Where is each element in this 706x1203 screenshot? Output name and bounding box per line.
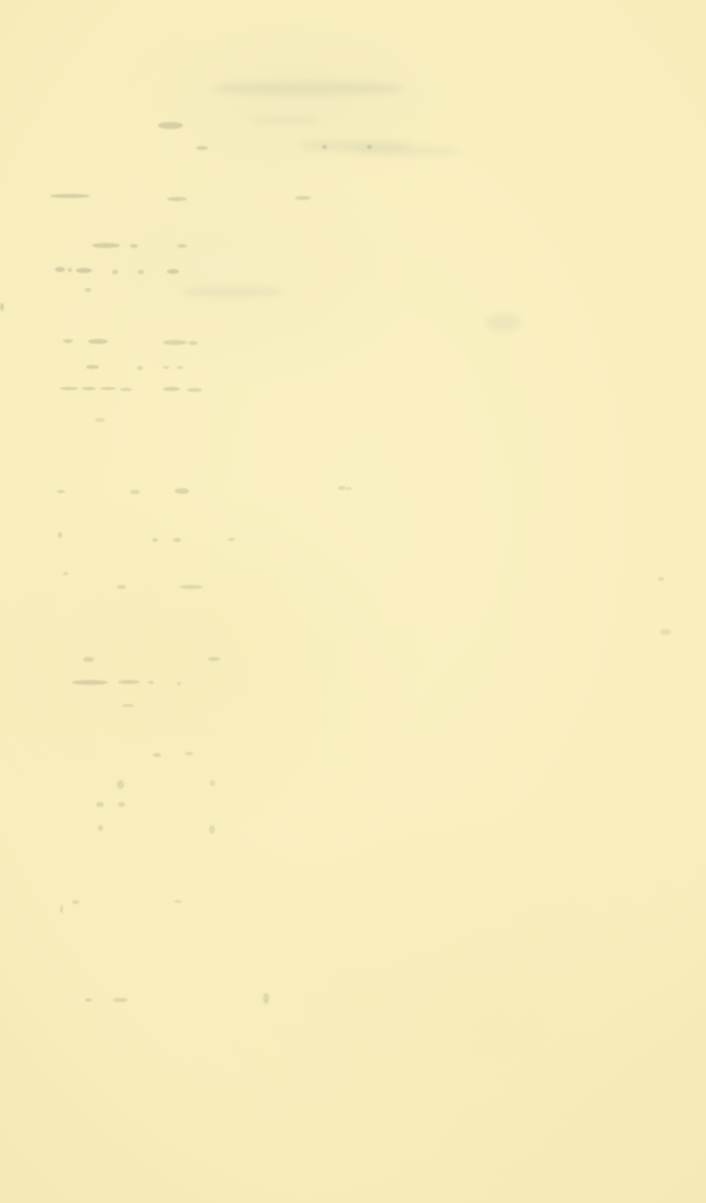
- ghost-mark: [658, 577, 664, 581]
- ghost-mark: [210, 780, 215, 786]
- ghost-mark: [130, 244, 138, 248]
- ghost-mark: [153, 753, 161, 757]
- ghost-mark: [120, 388, 132, 391]
- ghost-mark: [208, 657, 220, 661]
- ghost-mark: [322, 145, 327, 149]
- ghost-band: [183, 287, 283, 296]
- ghost-mark: [76, 268, 92, 273]
- ghost-mark: [113, 998, 128, 1002]
- ghost-mark: [50, 194, 90, 198]
- ghost-band: [250, 116, 320, 124]
- ghost-mark: [82, 387, 96, 390]
- ghost-mark: [185, 752, 193, 755]
- ghost-mark: [196, 146, 208, 150]
- ghost-mark: [228, 538, 235, 541]
- ghost-band: [300, 141, 410, 151]
- ghost-mark: [338, 486, 346, 490]
- ghost-mark: [177, 244, 187, 248]
- ghost-mark: [187, 388, 202, 392]
- ghost-mark: [209, 825, 215, 834]
- ghost-mark: [174, 900, 182, 903]
- ghost-mark: [137, 366, 143, 370]
- ghost-mark: [96, 802, 104, 807]
- ghost-mark: [72, 900, 79, 904]
- ghost-mark: [177, 682, 181, 685]
- ghost-mark: [158, 122, 183, 129]
- ghost-mark: [60, 387, 78, 390]
- ghost-mark: [118, 802, 125, 807]
- ghost-mark: [92, 243, 120, 248]
- ghost-mark: [85, 998, 92, 1002]
- ghost-mark: [177, 366, 183, 369]
- ghost-mark: [130, 490, 140, 494]
- ghost-mark: [98, 825, 103, 831]
- ghost-mark: [117, 780, 124, 789]
- ghost-mark: [100, 387, 116, 390]
- ghost-mark: [86, 365, 99, 369]
- ghost-mark: [175, 488, 189, 494]
- ghost-mark: [163, 366, 169, 369]
- ghost-mark: [167, 197, 187, 201]
- ghost-mark: [660, 629, 671, 635]
- ghost-mark: [180, 585, 203, 589]
- ghost-mark: [346, 487, 352, 490]
- ghost-mark: [95, 418, 105, 422]
- ghost-mark: [122, 704, 134, 707]
- ghost-mark: [60, 905, 63, 913]
- ghost-mark: [295, 196, 311, 200]
- ghost-band: [213, 82, 403, 95]
- ghost-mark: [188, 341, 198, 345]
- ghost-mark: [88, 339, 108, 344]
- ghost-mark: [112, 270, 118, 274]
- ghost-mark: [163, 340, 187, 345]
- ghost-mark: [0, 303, 4, 311]
- ghost-mark: [117, 585, 126, 589]
- ghost-mark: [68, 268, 72, 272]
- ghost-mark: [118, 680, 140, 684]
- ghost-band: [355, 147, 460, 155]
- ghost-mark: [55, 267, 65, 272]
- ghost-mark: [167, 269, 179, 274]
- ghost-mark: [367, 145, 372, 149]
- ghost-mark: [58, 532, 62, 538]
- ghost-mark: [148, 681, 154, 684]
- ghost-mark: [83, 657, 94, 662]
- ghost-mark: [138, 270, 144, 274]
- ghost-mark: [173, 538, 181, 542]
- ghost-mark: [152, 538, 158, 542]
- ghost-mark: [57, 490, 65, 493]
- ghost-mark: [72, 680, 108, 685]
- ghost-band: [486, 314, 520, 331]
- ghost-mark: [163, 387, 180, 391]
- ghost-mark: [63, 572, 68, 575]
- ghost-mark: [263, 993, 269, 1004]
- ghost-mark: [63, 339, 73, 343]
- ghost-mark: [85, 288, 91, 292]
- scanned-page: [0, 0, 706, 1203]
